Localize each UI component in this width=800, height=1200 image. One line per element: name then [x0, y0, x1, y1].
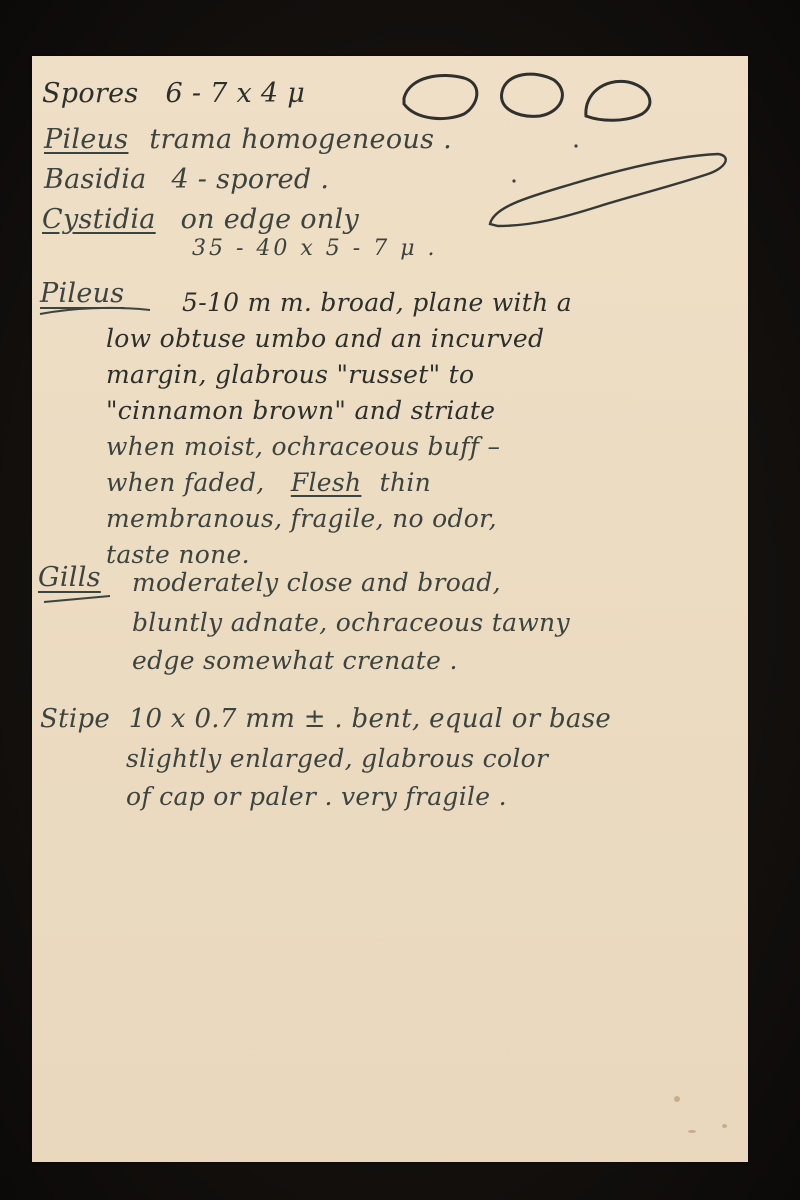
foxing-stain	[688, 1130, 696, 1133]
spore-sketch-2	[502, 74, 563, 116]
spore-sketch-1	[404, 75, 477, 118]
pileus-line-6: when faded, Flesh thin	[106, 468, 431, 497]
cystidia-label: Cystidia	[42, 204, 156, 235]
basidia-value: 4 - spored .	[171, 164, 329, 195]
cystidium-sketch	[490, 154, 726, 226]
pileus-line-5: when moist, ochraceous buff –	[106, 432, 500, 461]
pileus-line-1: 5-10 m m. broad, plane with a	[182, 288, 572, 317]
stipe-line-3: of cap or paler . very fragile .	[126, 782, 507, 811]
flesh-label: Flesh	[291, 468, 362, 497]
cystidia-measurement: 35 - 40 x 5 - 7 μ .	[192, 236, 438, 261]
foxing-stain	[722, 1124, 727, 1128]
foxing-stain	[674, 1096, 680, 1102]
spores-row: Spores 6 - 7 x 4 μ	[42, 78, 305, 109]
pileus-line-7: membranous, fragile, no odor,	[106, 504, 497, 533]
basidia-row: Basidia 4 - spored .	[44, 164, 329, 195]
ink-dot	[512, 179, 515, 182]
gills-label: Gills	[38, 562, 101, 593]
stipe-label: Stipe	[40, 704, 110, 734]
pileus-trama-value: trama homogeneous .	[149, 124, 452, 155]
spores-label: Spores	[42, 78, 139, 109]
pileus-line-4: "cinnamon brown" and striate	[106, 396, 495, 425]
gills-line-3: edge somewhat crenate .	[132, 646, 458, 675]
cystidia-row: Cystidia on edge only	[42, 204, 359, 235]
pileus-trama-row: Pileus trama homogeneous .	[44, 124, 452, 155]
spores-value: 6 - 7 x 4 μ	[165, 78, 305, 109]
cystidia-value: on edge only	[181, 204, 359, 235]
gills-label-dash	[44, 596, 110, 602]
gills-line-1: moderately close and broad,	[132, 568, 501, 597]
index-card: Spores 6 - 7 x 4 μ Pileus trama homogene…	[32, 56, 748, 1162]
pileus-faded-text: when faded,	[106, 468, 265, 497]
spore-sketch-3	[586, 81, 650, 120]
flesh-text: thin	[380, 468, 431, 497]
gills-line-2: bluntly adnate, ochraceous tawny	[132, 608, 570, 637]
pileus-line-3: margin, glabrous "russet" to	[106, 360, 474, 389]
stipe-line-2: slightly enlarged, glabrous color	[126, 744, 548, 773]
ink-dot	[574, 144, 577, 147]
pileus-line-2: low obtuse umbo and an incurved	[106, 324, 544, 353]
stipe-row: Stipe 10 x 0.7 mm ± . bent, equal or bas…	[40, 704, 611, 734]
pileus-trama-label: Pileus	[44, 124, 128, 155]
pileus-line-8: taste none.	[106, 540, 250, 569]
basidia-label: Basidia	[44, 164, 147, 195]
pileus-label: Pileus	[40, 278, 124, 309]
stipe-line-1: 10 x 0.7 mm ± . bent, equal or base	[129, 704, 611, 734]
